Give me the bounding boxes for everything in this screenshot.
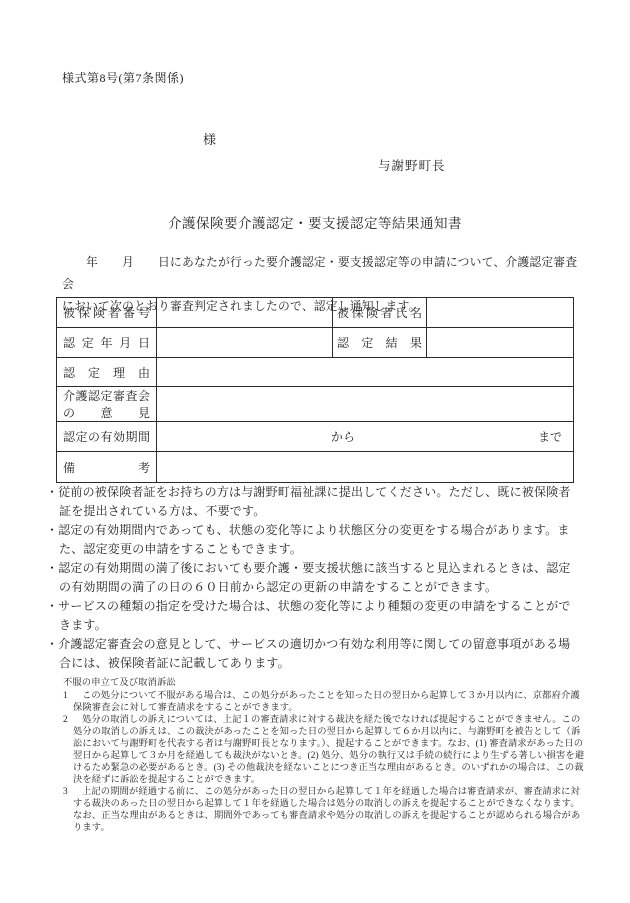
table-row: 認定年月日 認定結果 <box>57 328 574 358</box>
table-row: 認定理由 <box>57 358 574 387</box>
insured-number-field <box>157 298 333 328</box>
review-board-opinion-label-line2: の意見 <box>63 404 150 421</box>
validity-period-field: から まで <box>157 422 574 452</box>
appeal-item-number: 3 <box>63 786 82 798</box>
document-title: 介護保険要介護認定・要支援認定等結果通知書 <box>0 212 630 232</box>
certification-reason-field <box>157 358 574 387</box>
notice-item-2: ・認定の有効期間内であっても、状態の変化等により状態区分の変更をする場合がありま… <box>46 521 576 559</box>
appeal-item-number: 2 <box>63 714 82 726</box>
notice-item-5: ・介護認定審査会の意見として、サービスの適切かつ有効な利用等に関しての留意事項が… <box>46 635 576 673</box>
certification-date-label: 認定年月日 <box>63 334 150 351</box>
notice-text: サービスの種類の指定を受けた場合は、状態の変化等により種類の変更の申請をすること… <box>58 599 570 632</box>
sender-name: 与謝野町長 <box>378 156 446 174</box>
appeal-item-text: 上記の期間が経過する前に、この処分があった日の翌日から起算して１年を経過した場合… <box>73 787 580 833</box>
insured-name-field <box>427 298 574 328</box>
appeal-item-2: 2処分の取消しの訴えについては、上記１の審査請求に対する裁決を経た後でなければ提… <box>63 714 588 786</box>
review-board-opinion-field <box>157 387 574 422</box>
validity-from-label: から <box>331 428 355 445</box>
validity-to-label: まで <box>538 428 562 445</box>
notice-item-1: ・従前の被保険者証をお持ちの方は与謝野町福祉課に提出してください。ただし、既に被… <box>46 483 576 521</box>
notice-item-4: ・サービスの種類の指定を受けた場合は、状態の変化等により種類の変更の申請をするこ… <box>46 597 576 635</box>
notice-list: ・従前の被保険者証をお持ちの方は与謝野町福祉課に提出してください。ただし、既に被… <box>46 483 576 673</box>
certification-date-field <box>157 328 333 358</box>
table-row: 被保険者番号 被保険者氏名 <box>57 298 574 328</box>
notice-text: 認定の有効期間内であっても、状態の変化等により状態区分の変更をする場合があります… <box>58 523 569 556</box>
certification-reason-label: 認定理由 <box>63 364 150 381</box>
certification-result-field <box>427 328 574 358</box>
review-board-opinion-label-line1: 介護認定審査会 <box>63 387 150 404</box>
bullet-glyph: ・ <box>46 485 58 499</box>
validity-period-label: 認定の有効期間 <box>63 428 150 445</box>
appeal-item-3: 3上記の期間が経過する前に、この処分があった日の翌日から起算して１年を経過した場… <box>63 786 588 834</box>
bullet-glyph: ・ <box>46 561 58 575</box>
appeal-item-text: この処分について不服がある場合は、この処分があったことを知った日の翌日から起算し… <box>73 691 580 713</box>
bullet-glyph: ・ <box>46 523 58 537</box>
appeal-item-1: 1この処分について不服がある場合は、この処分があったことを知った日の翌日から起算… <box>63 690 588 714</box>
notice-text: 介護認定審査会の意見として、サービスの適切かつ有効な利用等に関しての留意事項があ… <box>58 637 570 670</box>
certification-result-label: 認定結果 <box>337 334 422 351</box>
bullet-glyph: ・ <box>46 637 58 651</box>
appeal-item-number: 1 <box>63 690 82 702</box>
table-row: 備考 <box>57 452 574 483</box>
notice-text: 認定の有効期間の満了後においても要介護・要支援状態に該当すると見込まれるときは、… <box>58 561 570 594</box>
recipient-honorific: 様 <box>203 129 216 148</box>
appeal-section: 不服の申立て及び取消訴訟 1この処分について不服がある場合は、この処分があったこ… <box>63 677 588 834</box>
form-number: 様式第8号(第7条関係) <box>62 69 184 86</box>
appeal-heading: 不服の申立て及び取消訴訟 <box>63 677 588 689</box>
notice-text: 従前の被保険者証をお持ちの方は与謝野町福祉課に提出してください。ただし、既に被保… <box>58 485 570 518</box>
intro-line-1: 年 月 日にあなたが行った要介護認定・要支援認定等の申請について、介護認定審査会 <box>62 251 579 295</box>
bullet-glyph: ・ <box>46 599 58 613</box>
document-page: 様式第8号(第7条関係) 様 与謝野町長 介護保険要介護認定・要支援認定等結果通… <box>0 0 630 903</box>
insured-number-label: 被保険者番号 <box>63 304 150 321</box>
notice-item-3: ・認定の有効期間の満了後においても要介護・要支援状態に該当すると見込まれるときは… <box>46 559 576 597</box>
insured-name-label: 被保険者氏名 <box>337 304 422 321</box>
table-row: 介護認定審査会 の意見 <box>57 387 574 422</box>
table-row: 認定の有効期間 から まで <box>57 422 574 452</box>
certification-result-table: 被保険者番号 被保険者氏名 認定年月日 認定結果 認定理由 介護認定審査会 の意… <box>56 297 574 483</box>
remarks-field <box>157 452 574 483</box>
appeal-item-text: 処分の取消しの訴えについては、上記１の審査請求に対する裁決を経た後でなければ提起… <box>73 715 584 785</box>
remarks-label: 備考 <box>63 459 150 476</box>
